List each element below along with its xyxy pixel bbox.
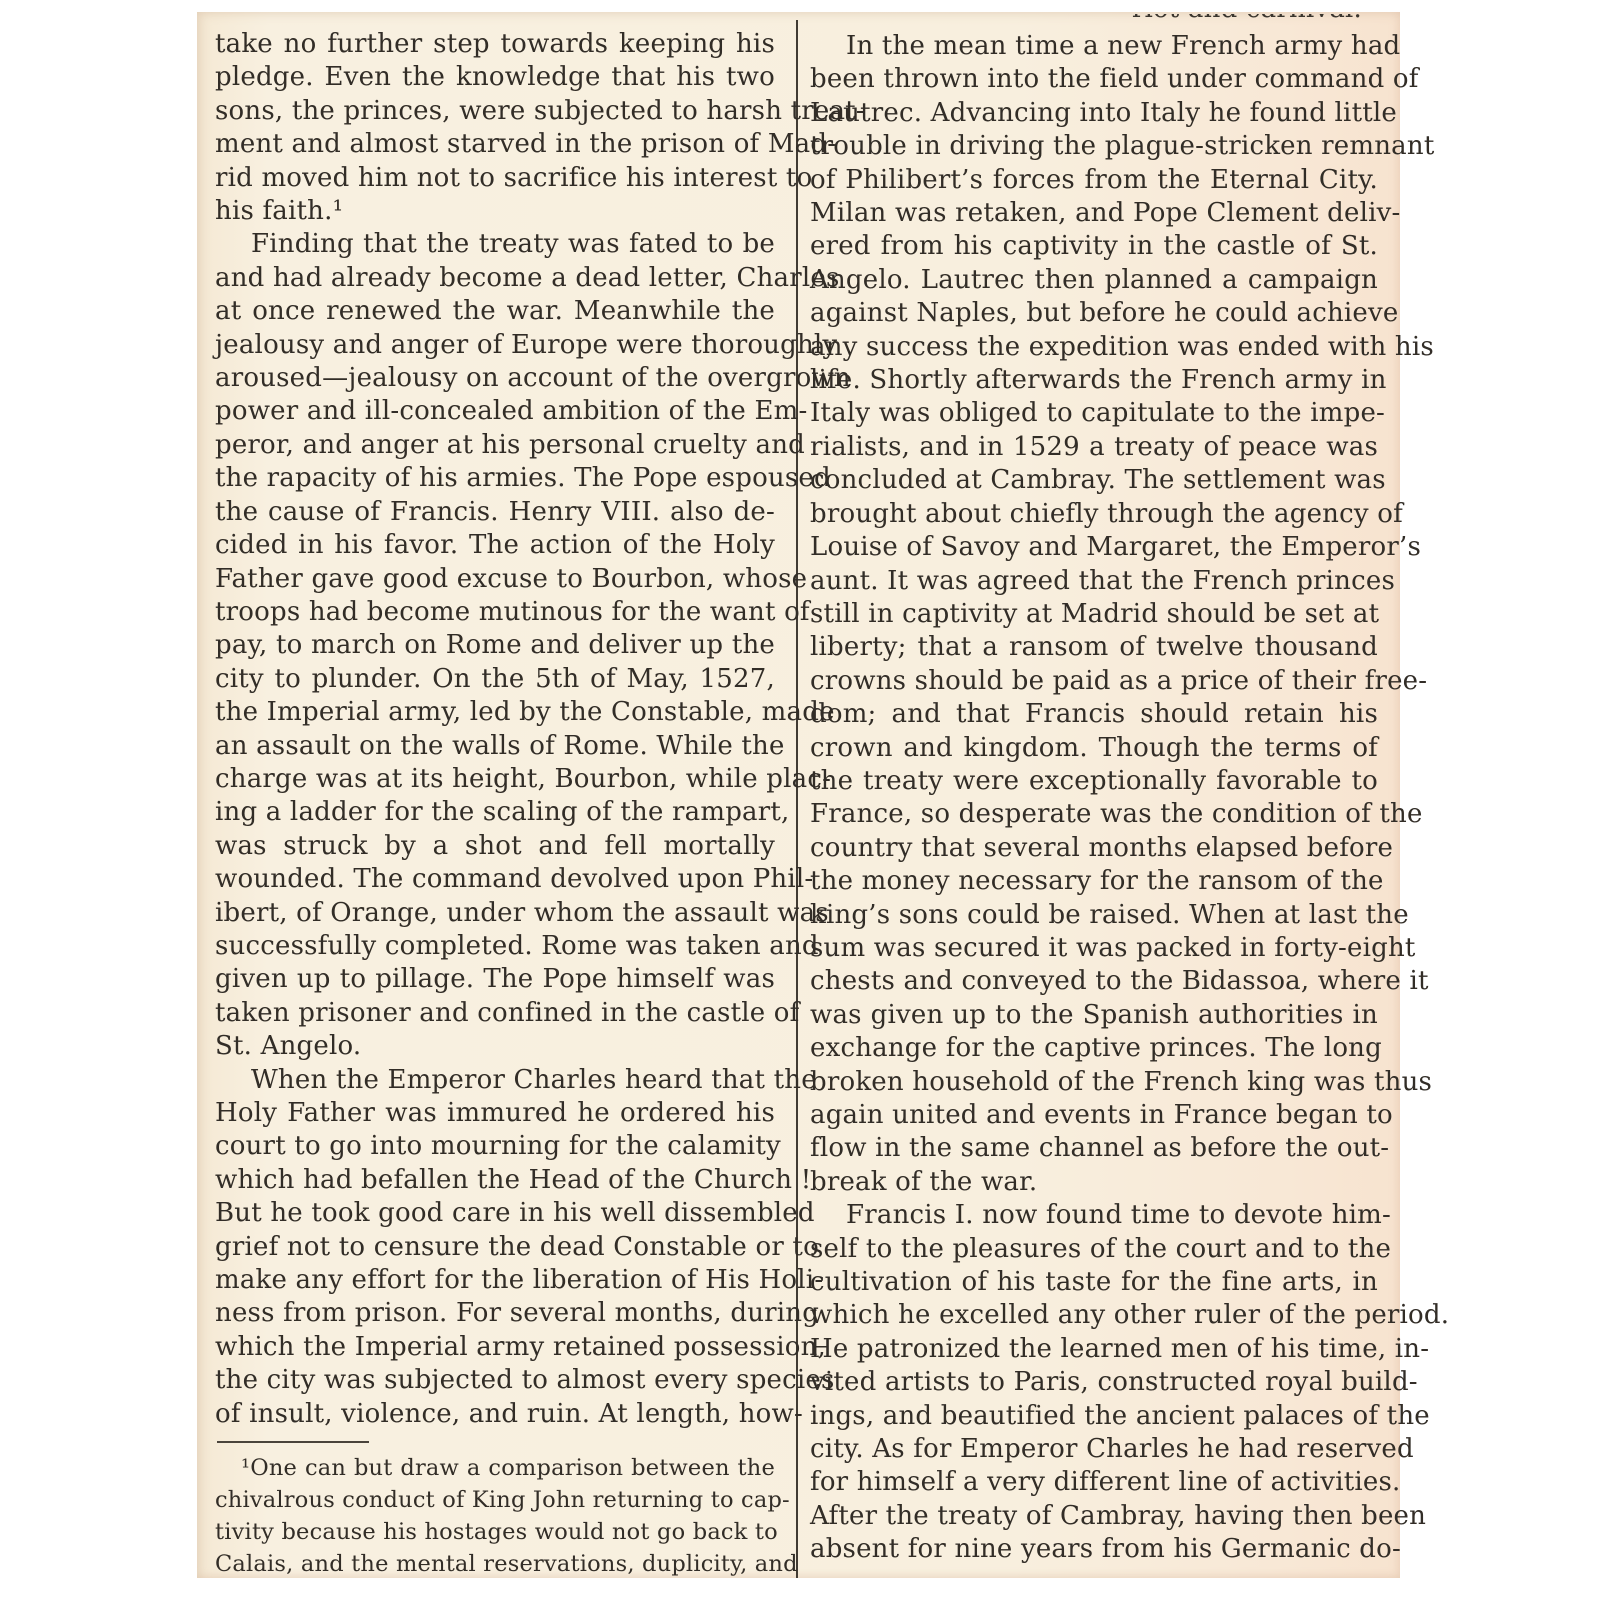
text-line: for himself a very different line of act… [810, 1466, 1378, 1499]
text-line: ibert, of Orange, under whom the assault… [215, 897, 775, 930]
text-line: He patronized the learned men of his tim… [810, 1333, 1378, 1366]
text-line: the cause of Francis. Henry VIII. also d… [215, 496, 775, 529]
text-line: chests and conveyed to the Bidassoa, whe… [810, 965, 1378, 998]
text-line: rid moved him not to sacrifice his inter… [215, 162, 775, 195]
text-line: take no further step towards keeping his [215, 28, 775, 61]
text-line: make any effort for the liberation of Hi… [215, 1264, 775, 1297]
text-line: break of the war. [810, 1166, 1378, 1199]
text-line: court to go into mourning for the calami… [215, 1130, 775, 1163]
text-line: Angelo. Lautrec then planned a campaign [810, 264, 1378, 297]
text-line: which had befallen the Head of the Churc… [215, 1164, 775, 1197]
paragraph: Francis I. now found time to devote him-… [810, 1199, 1378, 1566]
text-line: exchange for the captive princes. The lo… [810, 1032, 1378, 1065]
text-line: of Philibert’s forces from the Eternal C… [810, 164, 1378, 197]
right-column: riot and carnival. In the mean time a ne… [810, 14, 1378, 1567]
text-line: cided in his favor. The action of the Ho… [215, 529, 775, 562]
text-line: Holy Father was immured he ordered his [215, 1097, 775, 1130]
text-line: Francis I. now found time to devote him- [810, 1199, 1378, 1232]
text-line: broken household of the French king was … [810, 1066, 1378, 1099]
text-line: ings, and beautified the ancient palaces… [810, 1400, 1378, 1433]
text-line: still in captivity at Madrid should be s… [810, 598, 1378, 631]
text-line: the treaty were exceptionally favorable … [810, 765, 1378, 798]
text-line: troops had become mutinous for the want … [215, 596, 775, 629]
scan-canvas: take no further step towards keeping his… [0, 0, 1600, 1600]
text-line: wounded. The command devolved upon Phil- [215, 863, 775, 896]
text-line: self to the pleasures of the court and t… [810, 1233, 1378, 1266]
text-line: power and ill-concealed ambition of the … [215, 395, 775, 428]
text-line: the Imperial army, led by the Constable,… [215, 696, 775, 729]
text-line: the rapacity of his armies. The Pope esp… [215, 462, 775, 495]
text-line: liberty; that a ransom of twelve thousan… [810, 631, 1378, 664]
text-line: was struck by a shot and fell mortally [215, 830, 775, 863]
text-line: tivity because his hostages would not go… [215, 1516, 775, 1548]
text-line: was given up to the Spanish authorities … [810, 999, 1378, 1032]
text-line: given up to pillage. The Pope himself wa… [215, 963, 775, 996]
left-column: take no further step towards keeping his… [215, 28, 775, 1580]
text-line: But he took good care in his well dissem… [215, 1197, 775, 1230]
text-line: successfully completed. Rome was taken a… [215, 930, 775, 963]
text-line: aunt. It was agreed that the French prin… [810, 565, 1378, 598]
book-page: take no further step towards keeping his… [197, 12, 1400, 1578]
text-line: sons, the princes, were subjected to har… [215, 95, 775, 128]
text-line: Father gave good excuse to Bourbon, whos… [215, 563, 775, 596]
text-line: ment and almost starved in the prison of… [215, 128, 775, 161]
text-line: trouble in driving the plague-stricken r… [810, 130, 1378, 163]
text-line: taken prisoner and confined in the castl… [215, 997, 775, 1030]
text-line: against Naples, but before he could achi… [810, 297, 1378, 330]
footnote: ¹One can but draw a comparison between t… [215, 1452, 775, 1580]
text-line: and had already become a dead letter, Ch… [215, 262, 775, 295]
text-line: of insult, violence, and ruin. At length… [215, 1398, 775, 1431]
text-line: city to plunder. On the 5th of May, 1527… [215, 663, 775, 696]
text-line: ing a ladder for the scaling of the ramp… [215, 796, 775, 829]
text-line: dom; and that Francis should retain his [810, 698, 1378, 731]
right-column-body: In the mean time a new French army hadbe… [810, 30, 1378, 1567]
text-line: grief not to censure the dead Constable … [215, 1231, 775, 1264]
text-line: pay, to march on Rome and deliver up the [215, 629, 775, 662]
left-column-body: take no further step towards keeping his… [215, 28, 775, 1431]
text-line: life. Shortly afterwards the French army… [810, 364, 1378, 397]
clipped-top-line: riot and carnival. [810, 14, 1378, 28]
text-line: any success the expedition was ended wit… [810, 331, 1378, 364]
text-line: which the Imperial army retained possess… [215, 1331, 775, 1364]
footnote-separator-rule [217, 1441, 369, 1443]
text-line: ness from prison. For several months, du… [215, 1297, 775, 1330]
text-line: France, so desperate was the condition o… [810, 798, 1378, 831]
text-line: been thrown into the field under command… [810, 63, 1378, 96]
text-line: Louise of Savoy and Margaret, the Empero… [810, 531, 1378, 564]
paragraph: In the mean time a new French army hadbe… [810, 30, 1378, 1199]
text-line: which he excelled any other ruler of the… [810, 1299, 1378, 1332]
text-line: ¹One can but draw a comparison between t… [215, 1452, 775, 1484]
text-line: Milan was retaken, and Pope Clement deli… [810, 197, 1378, 230]
paragraph: ¹One can but draw a comparison between t… [215, 1452, 775, 1580]
text-line: cultivation of his taste for the fine ar… [810, 1266, 1378, 1299]
paragraph: take no further step towards keeping his… [215, 28, 775, 228]
clipped-top-line-text: riot and carnival. [810, 14, 1378, 26]
text-line: king’s sons could be raised. When at las… [810, 899, 1378, 932]
text-line: ered from his captivity in the castle of… [810, 230, 1378, 263]
text-line: When the Emperor Charles heard that the [215, 1064, 775, 1097]
text-line: at once renewed the war. Meanwhile the [215, 295, 775, 328]
text-line: chivalrous conduct of King John returnin… [215, 1484, 775, 1516]
text-line: peror, and anger at his personal cruelty… [215, 429, 775, 462]
text-line: pledge. Even the knowledge that his two [215, 61, 775, 94]
text-line: Italy was obliged to capitulate to the i… [810, 397, 1378, 430]
text-line: Lautrec. Advancing into Italy he found l… [810, 97, 1378, 130]
text-line: the money necessary for the ransom of th… [810, 865, 1378, 898]
text-line: aroused—jealousy on account of the overg… [215, 362, 775, 395]
text-line: again united and events in France began … [810, 1099, 1378, 1132]
text-line: St. Angelo. [215, 1030, 775, 1063]
text-line: flow in the same channel as before the o… [810, 1132, 1378, 1165]
text-line: concluded at Cambray. The settlement was [810, 464, 1378, 497]
text-line: absent for nine years from his Germanic … [810, 1533, 1378, 1566]
paragraph: Finding that the treaty was fated to bea… [215, 228, 775, 1063]
text-line: vited artists to Paris, constructed roya… [810, 1366, 1378, 1399]
text-line: sum was secured it was packed in forty-e… [810, 932, 1378, 965]
text-line: charge was at its height, Bourbon, while… [215, 763, 775, 796]
text-line: the city was subjected to almost every s… [215, 1364, 775, 1397]
text-line: After the treaty of Cambray, having then… [810, 1500, 1378, 1533]
text-line: an assault on the walls of Rome. While t… [215, 730, 775, 763]
text-line: In the mean time a new French army had [810, 30, 1378, 63]
text-line: rialists, and in 1529 a treaty of peace … [810, 431, 1378, 464]
text-line: crowns should be paid as a price of thei… [810, 665, 1378, 698]
text-line: Finding that the treaty was fated to be [215, 228, 775, 261]
paragraph: When the Emperor Charles heard that theH… [215, 1064, 775, 1431]
text-line: city. As for Emperor Charles he had rese… [810, 1433, 1378, 1466]
text-line: Calais, and the mental reservations, dup… [215, 1548, 775, 1580]
text-line: jealousy and anger of Europe were thorou… [215, 329, 775, 362]
text-line: brought about chiefly through the agency… [810, 498, 1378, 531]
text-line: crown and kingdom. Though the terms of [810, 732, 1378, 765]
text-line: country that several months elapsed befo… [810, 832, 1378, 865]
text-line: his faith.¹ [215, 195, 775, 228]
